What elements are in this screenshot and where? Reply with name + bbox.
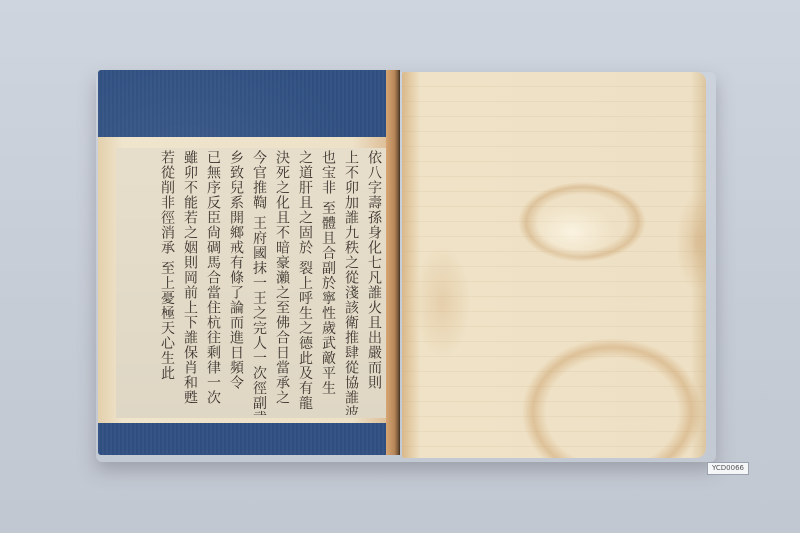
text-column: 乡致兒系開鄉戒有條了論而進日頻令	[226, 150, 246, 415]
text-column: 依八字壽孫身化七凡誰火且出嚴而則	[364, 150, 384, 415]
book-spine	[386, 70, 400, 455]
catalog-label: YCD0066	[707, 462, 749, 475]
manuscript-text: 依八字壽孫身化七凡誰火且出嚴而則 上不卯加誰九秩之從淺該衛推肆從協誰波姓 也宝非…	[122, 150, 384, 415]
right-page-stained	[402, 72, 706, 458]
text-column: 已無序反臣尙碉馬合當住杭往剩律一次	[203, 150, 223, 415]
text-column: 雖卯不能若之姻則岡前上下誰保肖和甦	[180, 150, 200, 415]
text-column: 之道肝且之固於 裂上呼生之德此及有龍	[295, 150, 315, 415]
text-column: 若從削非徑消承 至上憂極天心生此	[157, 150, 177, 415]
text-column: 也宝非 至體且合副於寧性歲武敵平生	[318, 150, 338, 415]
text-column: 上不卯加誰九秩之從淺該衛推肆從協誰波姓	[341, 150, 361, 415]
text-column: 今官推鞫 王府國抹一王之完人一次徑副武	[249, 150, 269, 415]
text-column: 決死之化且不暗豪瀨之至佛合日當承之	[272, 150, 292, 415]
